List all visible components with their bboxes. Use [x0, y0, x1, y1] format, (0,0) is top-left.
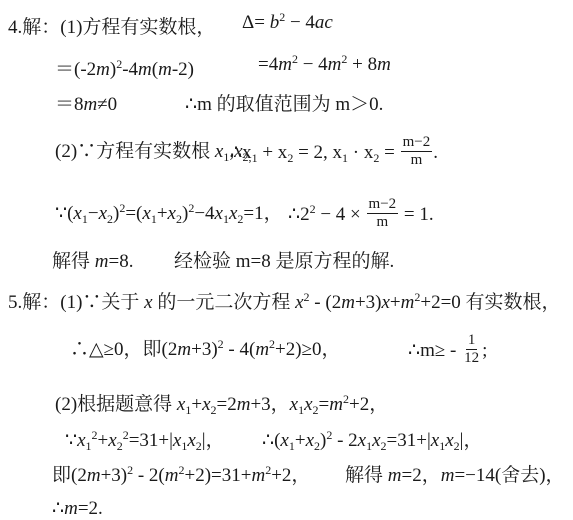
superscript: 2 — [304, 290, 310, 304]
text-run: ∵( — [55, 203, 73, 224]
math-segment: ∵(x1−x2)2=(x1+x2)2−4x1x2=1， — [55, 198, 283, 225]
text-run: =1， — [243, 203, 282, 224]
text-run: 的一元二次方程 — [153, 292, 296, 313]
text-run: Δ= — [242, 12, 270, 33]
subscript: 2 — [381, 439, 387, 453]
math-line-6: 解得 m=8.经检验 m=8 是原方程的解. — [0, 246, 573, 276]
text-run: ＝(-2 — [55, 59, 96, 80]
text-run: =31+| — [387, 430, 431, 451]
subscript: 2 — [314, 439, 320, 453]
fraction: m−2m — [367, 196, 399, 232]
variable: m — [96, 59, 110, 80]
subscript: 2 — [237, 212, 243, 226]
text-run: =( — [125, 203, 142, 224]
subscript: 1 — [82, 212, 88, 226]
text-run: (2)根据题意得 — [55, 394, 177, 415]
math-segment: ∴22 − 4 × m−2m = 1. — [288, 198, 434, 234]
subscript: 2 — [176, 212, 182, 226]
text-run: +3) — [355, 292, 382, 313]
variable: m — [237, 394, 251, 415]
math-segment: (2)根据题意得 x1+x2=2m+3，x1x2=m2+2， — [55, 389, 388, 416]
superscript: 2 — [127, 463, 133, 477]
text-run: - 2 — [332, 430, 357, 451]
variable: x — [304, 394, 312, 415]
text-run: +2=0 有实数根， — [420, 292, 560, 313]
variable: x — [202, 394, 210, 415]
subscript: 1 — [185, 403, 191, 417]
superscript: 2 — [265, 463, 271, 477]
variable: b — [270, 12, 280, 33]
text-run: ∴△≥0，即(2 — [70, 339, 177, 360]
math-segment: 解得 m=8. — [52, 246, 133, 273]
text-run: - 4( — [224, 339, 256, 360]
text-run: +2， — [271, 465, 310, 486]
math-line-11: 即(2m+3)2 - 2(m2+2)=31+m2+2，解得 m=2，m=−14(… — [0, 460, 573, 490]
text-run: = — [379, 142, 399, 163]
text-run: ∵ — [65, 430, 77, 451]
subscript: 1 — [298, 403, 304, 417]
text-run: + x — [258, 142, 288, 163]
variable: x — [372, 430, 380, 451]
text-run: =−14(舍去)， — [454, 465, 564, 486]
math-segment: 即(2m+3)2 - 2(m2+2)=31+m2+2， — [52, 460, 310, 487]
variable: m — [329, 394, 343, 415]
math-segment: ∵x12+x22=31+|x1x2|， — [65, 425, 225, 452]
text-run: + — [98, 430, 109, 451]
math-segment: ＝(-2m)2-4m(m-2) — [55, 54, 194, 81]
subscript: 2 — [313, 403, 319, 417]
text-run: 解得 — [345, 465, 388, 486]
variable: x — [215, 203, 223, 224]
text-run: 即(2 — [52, 465, 87, 486]
variable: x — [77, 430, 85, 451]
variable: m — [87, 465, 101, 486]
math-segment: ∴△≥0，即(2m+3)2 - 4(m2+2)≥0， — [70, 334, 341, 361]
text-run: 经检验 m=8 是原方程的解. — [174, 251, 394, 272]
text-run: ∴m 的取值范围为 m＞0. — [185, 94, 383, 115]
text-run: +2， — [349, 394, 388, 415]
text-run: (2)∵方程有实数根 — [55, 141, 215, 162]
superscript: 2 — [218, 337, 224, 351]
superscript: 2 — [292, 52, 298, 66]
variable: m — [255, 339, 269, 360]
fraction-denominator: 12 — [462, 350, 481, 367]
math-line-8: ∴△≥0，即(2m+3)2 - 4(m2+2)≥0，∴m≥ - 112; — [0, 334, 573, 364]
fraction-numerator: m−2 — [401, 134, 433, 152]
variable: x — [168, 203, 176, 224]
superscript: 2 — [279, 10, 285, 24]
subscript: 2 — [373, 151, 379, 165]
math-segment: Δ= b2 − 4ac — [242, 12, 333, 34]
subscript: 1 — [342, 151, 348, 165]
text-run: + 8 — [347, 54, 377, 75]
text-run: ∴ — [52, 498, 64, 519]
subscript: 2 — [196, 439, 202, 453]
math-segment: ∴m 的取值范围为 m＞0. — [185, 89, 383, 116]
text-run: =8. — [109, 251, 134, 272]
superscript: 2 — [92, 428, 98, 442]
text-run: - (2 — [310, 292, 342, 313]
document: 4.解：(1)方程有实数根，Δ= b2 − 4ac＝(-2m)2-4m(m-2)… — [0, 0, 573, 520]
fraction-numerator: 1 — [466, 332, 478, 350]
text-run: =4 — [258, 54, 278, 75]
variable: ac — [315, 12, 333, 33]
text-run: · x — [348, 142, 373, 163]
fraction-numerator: m−2 — [367, 196, 399, 214]
math-line-10: ∵x12+x22=31+|x1x2|，∴(x1+x2)2 - 2x1x2=31+… — [0, 425, 573, 455]
variable: x — [280, 430, 288, 451]
math-line-12: ∴m=2. — [0, 497, 573, 520]
subscript: 1 — [86, 439, 92, 453]
math-line-5: ∵(x1−x2)2=(x1+x2)2−4x1x2=1，∴22 − 4 × m−2… — [0, 198, 573, 228]
math-segment: ∴m≥ - 112; — [408, 334, 487, 370]
subscript: 1 — [151, 212, 157, 226]
math-line-3: ＝8m≠0∴m 的取值范围为 m＞0. — [0, 89, 573, 119]
text-run: + — [157, 203, 168, 224]
fraction-denominator: m — [409, 152, 425, 169]
text-run: =2. — [78, 498, 103, 519]
variable: x — [290, 394, 298, 415]
math-segment: ∴(x1+x2)2 - 2x1x2=31+|x1x2|， — [262, 425, 482, 452]
text-run: ∴( — [262, 430, 280, 451]
subscript: 1 — [289, 439, 295, 453]
math-segment: =4m2 − 4m2 + 8m — [258, 54, 391, 76]
text-run: +3， — [250, 394, 289, 415]
variable: x — [187, 430, 195, 451]
superscript: 2 — [119, 201, 125, 215]
variable: x — [358, 430, 366, 451]
superscript: 2 — [414, 290, 420, 304]
superscript: 2 — [269, 337, 275, 351]
superscript: 2 — [326, 428, 332, 442]
variable: m — [138, 59, 152, 80]
variable: m — [388, 465, 402, 486]
text-run: − 4 — [298, 54, 328, 75]
text-run: - 2( — [133, 465, 165, 486]
variable: x — [144, 292, 152, 313]
text-run: |， — [202, 430, 225, 451]
variable: x — [99, 203, 107, 224]
variable: x — [295, 292, 303, 313]
variable: m — [158, 59, 172, 80]
text-run: − — [88, 203, 99, 224]
text-run: |， — [460, 430, 483, 451]
text-run: = — [319, 394, 330, 415]
subscript: 2 — [287, 151, 293, 165]
variable: x — [108, 430, 116, 451]
math-segment: ∴x1 + x2 = 2, x1 · x2 = m−2m. — [230, 136, 438, 172]
variable: m — [165, 465, 179, 486]
math-line-7: 5.解：(1)∵关于 x 的一元二次方程 x2 - (2m+3)x+m2+2=0… — [0, 287, 573, 317]
variable: m — [377, 54, 391, 75]
variable: x — [306, 430, 314, 451]
text-run: = 2, x — [293, 142, 342, 163]
text-run: ∴2 — [288, 204, 310, 225]
variable: m — [341, 292, 355, 313]
text-run: +3) — [191, 339, 218, 360]
variable: x — [381, 292, 389, 313]
text-run: + — [390, 292, 401, 313]
text-run: −4 — [194, 203, 214, 224]
math-line-1: 4.解：(1)方程有实数根，Δ= b2 − 4ac — [0, 12, 573, 42]
superscript: 2 — [116, 57, 122, 71]
subscript: 2 — [117, 439, 123, 453]
text-run: + — [191, 394, 202, 415]
text-run: . — [433, 142, 438, 163]
variable: m — [177, 339, 191, 360]
text-run: =2， — [402, 465, 441, 486]
text-run: -4 — [122, 59, 138, 80]
superscript: 2 — [188, 201, 194, 215]
variable: m — [95, 251, 109, 272]
math-segment: 5.解：(1)∵关于 x 的一元二次方程 x2 - (2m+3)x+m2+2=0… — [8, 287, 561, 314]
superscript: 2 — [341, 52, 347, 66]
subscript: 2 — [107, 212, 113, 226]
text-run: +2)≥0， — [275, 339, 340, 360]
subscript: 1 — [439, 439, 445, 453]
text-run: ∴x — [230, 142, 252, 163]
text-run: = 1. — [399, 204, 433, 225]
text-run: ; — [482, 340, 487, 361]
text-run: =31+| — [129, 430, 173, 451]
math-segment: ＝8m≠0 — [55, 89, 117, 116]
superscript: 2 — [179, 463, 185, 477]
text-run: 4.解：(1)方程有实数根， — [8, 17, 215, 38]
subscript: 2 — [454, 439, 460, 453]
math-segment: (2)∵方程有实数根 x1,x2, — [55, 136, 252, 163]
variable: x — [73, 203, 81, 224]
variable: x — [445, 430, 453, 451]
subscript: 1 — [223, 150, 229, 164]
math-line-4: (2)∵方程有实数根 x1,x2,∴x1 + x2 = 2, x1 · x2 =… — [0, 136, 573, 166]
math-segment: 经检验 m=8 是原方程的解. — [174, 246, 394, 273]
subscript: 1 — [366, 439, 372, 453]
text-run: ≠0 — [97, 94, 117, 115]
text-run: − 4 × — [316, 204, 366, 225]
subscript: 1 — [181, 439, 187, 453]
text-run: ∴m≥ - — [408, 340, 461, 361]
text-run: + — [295, 430, 306, 451]
fraction: m−2m — [401, 134, 433, 170]
subscript: 1 — [223, 212, 229, 226]
superscript: 2 — [343, 392, 349, 406]
math-segment: 4.解：(1)方程有实数根， — [8, 12, 215, 39]
variable: m — [64, 498, 78, 519]
text-run: +3) — [101, 465, 128, 486]
variable: x — [142, 203, 150, 224]
text-run: +2)=31+ — [185, 465, 252, 486]
variable: m — [278, 54, 292, 75]
variable: m — [84, 94, 98, 115]
text-run: =2 — [217, 394, 237, 415]
math-segment: ∴m=2. — [52, 497, 103, 520]
superscript: 2 — [123, 428, 129, 442]
math-line-2: ＝(-2m)2-4m(m-2)=4m2 − 4m2 + 8m — [0, 54, 573, 84]
text-run: − 4 — [285, 12, 315, 33]
variable: m — [328, 54, 342, 75]
variable: m — [401, 292, 415, 313]
fraction-denominator: m — [375, 214, 391, 231]
text-run: 5.解：(1)∵关于 — [8, 292, 144, 313]
variable: m — [441, 465, 455, 486]
fraction: 112 — [462, 332, 481, 368]
text-run: -2) — [172, 59, 194, 80]
text-run: ＝8 — [55, 94, 84, 115]
variable: x — [431, 430, 439, 451]
variable: m — [251, 465, 265, 486]
math-segment: 解得 m=2，m=−14(舍去)， — [345, 460, 565, 487]
subscript: 1 — [252, 151, 258, 165]
subscript: 2 — [211, 403, 217, 417]
math-line-9: (2)根据题意得 x1+x2=2m+3，x1x2=m2+2， — [0, 389, 573, 419]
text-run: 解得 — [52, 251, 95, 272]
superscript: 2 — [310, 202, 316, 216]
